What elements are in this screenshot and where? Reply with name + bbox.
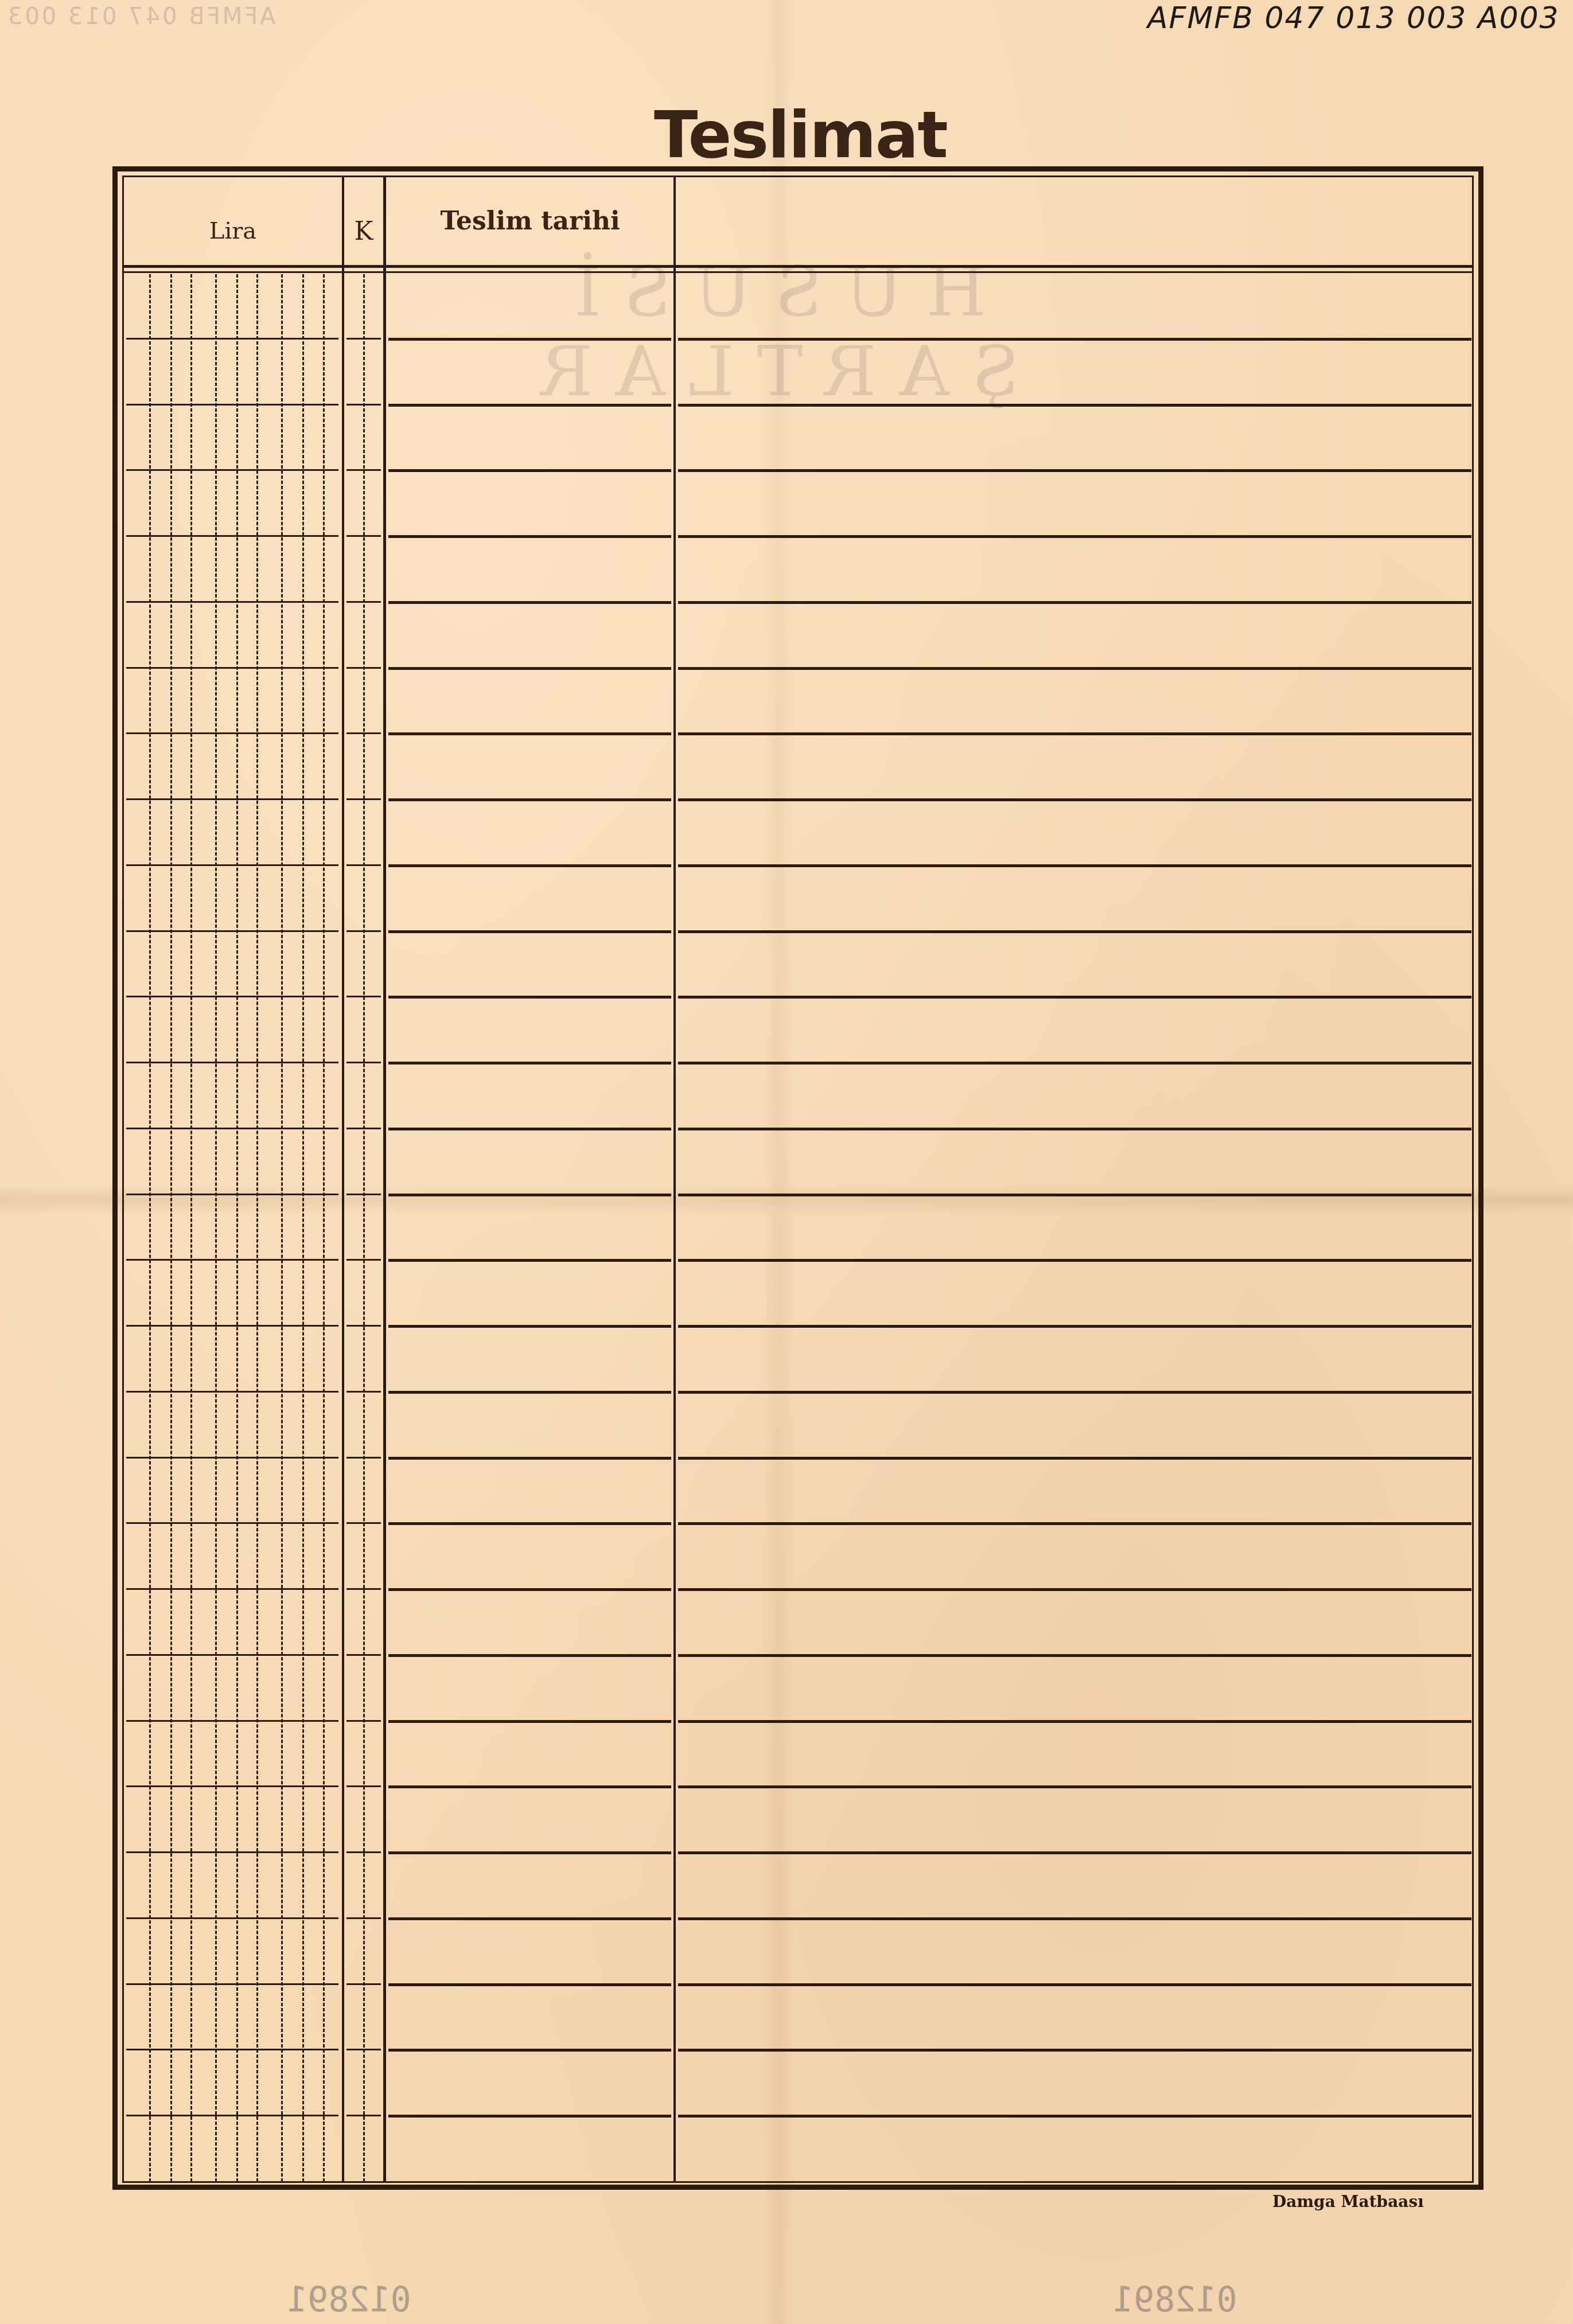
row-divider xyxy=(126,798,338,800)
table-row xyxy=(124,405,1472,471)
row-divider xyxy=(346,1785,381,1787)
row-divider xyxy=(126,1851,338,1853)
table-row xyxy=(124,1919,1472,1984)
row-divider xyxy=(388,1391,671,1394)
row-divider xyxy=(126,1522,338,1524)
archive-id: AFMFB 047 013 003 A003 xyxy=(1147,1,1560,36)
row-divider xyxy=(388,864,671,867)
table-row xyxy=(124,1458,1472,1524)
row-divider xyxy=(678,732,1471,735)
row-divider xyxy=(126,1194,338,1195)
row-divider xyxy=(388,1194,671,1196)
table-row xyxy=(124,1063,1472,1129)
row-divider xyxy=(678,864,1471,867)
row-divider xyxy=(678,601,1471,604)
row-divider xyxy=(678,2049,1471,2052)
serial-number-right: 012891 xyxy=(1113,2280,1237,2320)
table-row xyxy=(124,997,1472,1063)
table-row xyxy=(124,734,1472,800)
table-row xyxy=(124,2116,1472,2182)
table-row xyxy=(124,1721,1472,1787)
row-divider xyxy=(388,996,671,999)
row-divider xyxy=(126,2115,338,2116)
row-divider xyxy=(388,1325,671,1328)
row-divider xyxy=(678,1983,1471,1986)
row-divider xyxy=(126,1259,338,1261)
table-row xyxy=(124,339,1472,405)
row-divider xyxy=(126,1062,338,1063)
row-divider xyxy=(346,1391,381,1393)
row-divider xyxy=(388,1851,671,1854)
table-row xyxy=(124,1787,1472,1853)
row-divider xyxy=(388,798,671,801)
row-divider xyxy=(388,469,671,472)
row-divider xyxy=(346,2115,381,2116)
row-divider xyxy=(388,1522,671,1525)
table-row xyxy=(124,1326,1472,1392)
printer-credit: Damga Matbaası xyxy=(1272,2192,1424,2211)
row-divider xyxy=(388,1720,671,1723)
row-divider xyxy=(388,2115,671,2118)
row-divider xyxy=(126,1654,338,1656)
row-divider xyxy=(126,1983,338,1985)
row-divider xyxy=(346,1128,381,1129)
row-divider xyxy=(678,798,1471,801)
row-divider xyxy=(388,601,671,604)
row-divider xyxy=(346,1588,381,1590)
row-divider xyxy=(346,798,381,800)
row-divider xyxy=(678,1457,1471,1460)
row-divider xyxy=(346,1325,381,1327)
row-divider xyxy=(126,667,338,669)
row-divider xyxy=(346,864,381,866)
row-divider xyxy=(678,1325,1471,1328)
row-divider xyxy=(126,1391,338,1393)
table-row xyxy=(124,1655,1472,1721)
row-divider xyxy=(126,1325,338,1327)
row-divider xyxy=(126,404,338,405)
row-divider xyxy=(388,667,671,670)
row-divider xyxy=(126,1128,338,1129)
row-divider xyxy=(678,469,1471,472)
column-header-k: K xyxy=(344,217,383,246)
row-divider xyxy=(678,1917,1471,1920)
row-divider xyxy=(388,1983,671,1986)
archive-id-ghost: AFMFB 047 013 003 xyxy=(6,3,276,30)
row-divider xyxy=(388,2049,671,2052)
row-divider xyxy=(126,535,338,537)
table-row xyxy=(124,1523,1472,1589)
row-divider xyxy=(346,601,381,603)
row-divider xyxy=(388,338,671,341)
row-divider xyxy=(346,1720,381,1722)
row-divider xyxy=(346,535,381,537)
row-divider xyxy=(346,996,381,997)
row-divider xyxy=(126,1720,338,1722)
row-divider xyxy=(346,732,381,734)
row-divider xyxy=(388,1588,671,1591)
row-divider xyxy=(388,732,671,735)
table-row xyxy=(124,668,1472,734)
row-divider xyxy=(678,667,1471,670)
row-divider xyxy=(678,404,1471,407)
row-divider xyxy=(126,469,338,471)
row-divider xyxy=(678,1259,1471,1262)
row-divider xyxy=(388,1457,671,1460)
table-row xyxy=(124,865,1472,931)
row-divider xyxy=(388,930,671,933)
row-divider xyxy=(126,2049,338,2050)
table-row xyxy=(124,1129,1472,1195)
table-row xyxy=(124,470,1472,536)
row-divider xyxy=(346,404,381,405)
row-divider xyxy=(678,1588,1471,1591)
row-divider xyxy=(346,2049,381,2050)
row-divider xyxy=(678,2115,1471,2118)
row-divider xyxy=(346,930,381,932)
row-divider xyxy=(388,535,671,538)
table-row xyxy=(124,800,1472,865)
row-divider xyxy=(346,1917,381,1919)
row-divider xyxy=(346,1654,381,1656)
table-row xyxy=(124,1589,1472,1655)
column-header-lira: Lira xyxy=(124,218,342,244)
table-row xyxy=(124,2050,1472,2116)
column-header-teslim-tarihi: Teslim tarihi xyxy=(387,206,673,236)
row-divider xyxy=(346,1851,381,1853)
row-divider xyxy=(126,732,338,734)
table-row xyxy=(124,1195,1472,1261)
row-divider xyxy=(678,996,1471,999)
row-divider xyxy=(678,1128,1471,1130)
row-divider xyxy=(346,667,381,669)
table-row xyxy=(124,1392,1472,1458)
row-divider xyxy=(126,1588,338,1590)
serial-number-left: 012891 xyxy=(287,2280,411,2320)
row-divider xyxy=(678,338,1471,341)
row-divider xyxy=(126,1917,338,1919)
row-divider xyxy=(126,601,338,603)
row-divider xyxy=(346,1983,381,1985)
row-divider xyxy=(678,1062,1471,1064)
row-divider xyxy=(388,1128,671,1130)
row-divider xyxy=(346,1457,381,1459)
row-divider xyxy=(346,1522,381,1524)
row-divider xyxy=(126,996,338,997)
row-divider xyxy=(346,469,381,471)
row-divider xyxy=(388,1062,671,1064)
row-divider xyxy=(346,1194,381,1195)
table-row xyxy=(124,1853,1472,1919)
row-divider xyxy=(388,404,671,407)
row-divider xyxy=(388,1785,671,1788)
row-divider xyxy=(126,338,338,340)
row-divider xyxy=(388,1654,671,1657)
row-divider xyxy=(346,1259,381,1261)
row-divider xyxy=(678,1785,1471,1788)
row-divider xyxy=(678,1391,1471,1394)
row-divider xyxy=(346,338,381,340)
table-row xyxy=(124,536,1472,602)
row-divider xyxy=(126,930,338,932)
row-divider xyxy=(678,1851,1471,1854)
row-divider xyxy=(126,1457,338,1459)
row-divider xyxy=(678,1522,1471,1525)
row-divider xyxy=(346,1062,381,1063)
row-divider xyxy=(126,864,338,866)
row-divider xyxy=(126,1785,338,1787)
row-divider xyxy=(388,1259,671,1262)
page-title: Teslimat xyxy=(654,103,941,167)
row-divider xyxy=(678,1654,1471,1657)
row-divider xyxy=(678,1720,1471,1723)
table-row xyxy=(124,1260,1472,1326)
table-row xyxy=(124,1984,1472,2050)
row-divider xyxy=(678,930,1471,933)
header-divider xyxy=(124,265,1474,268)
table-row xyxy=(124,602,1472,668)
row-divider xyxy=(388,1917,671,1920)
table-row xyxy=(124,273,1472,339)
table-row xyxy=(124,931,1472,997)
row-divider xyxy=(678,1194,1471,1196)
row-divider xyxy=(678,535,1471,538)
